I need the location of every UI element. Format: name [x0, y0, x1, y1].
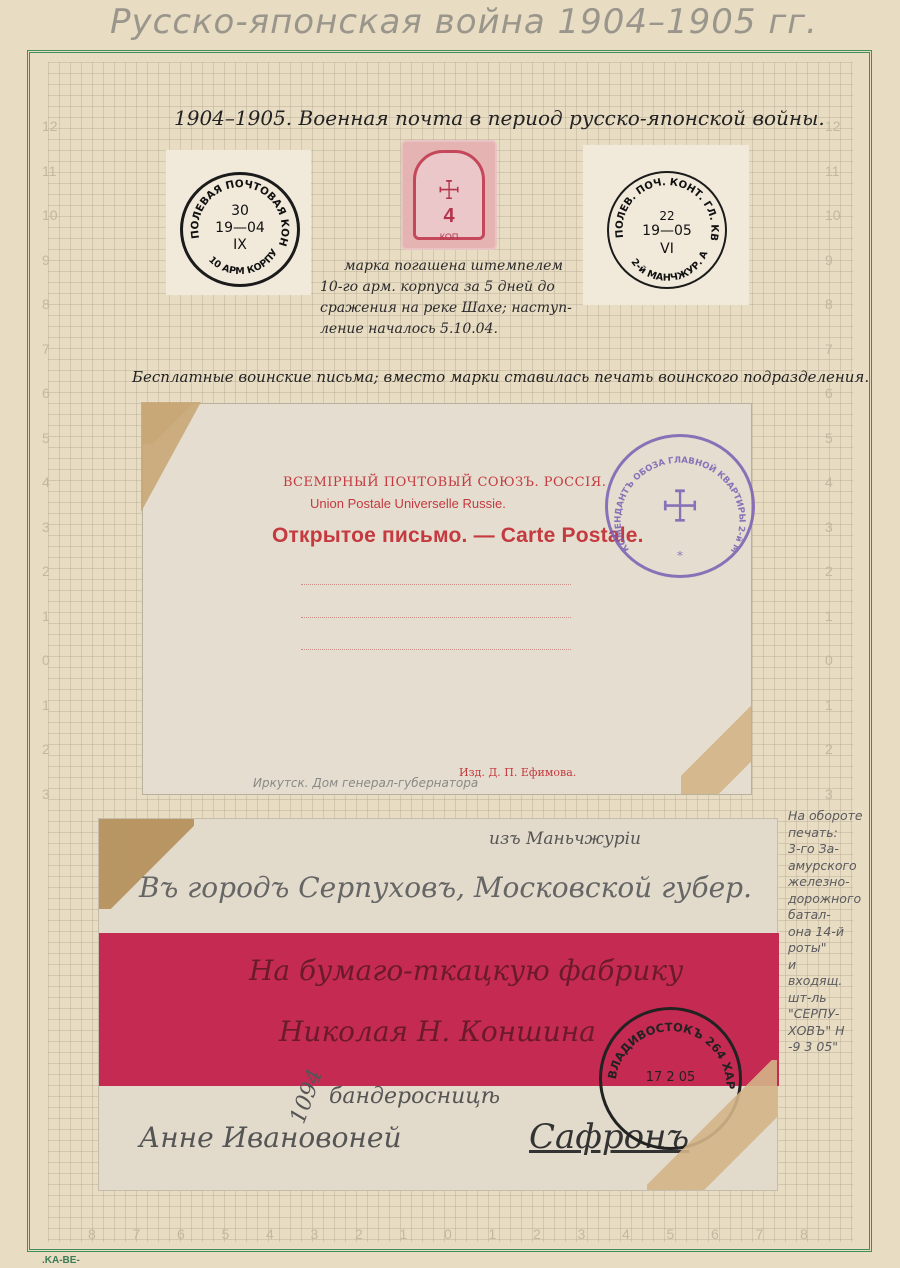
ruler-tick: 7 [42, 341, 50, 357]
ruler-tick: 10 [42, 207, 58, 223]
postmark-cutout-left[interactable]: ПОЛЕВАЯ ПОЧТОВАЯ КОНТОРА 10 АРМ КОРПУСА … [166, 150, 311, 295]
side-note-line: печать: [788, 825, 870, 842]
ruler-tick: 5 [825, 430, 833, 446]
ruler-tick: 1 [400, 1226, 408, 1242]
ruler-tick: 2 [355, 1226, 363, 1242]
ruler-tick: 8 [88, 1226, 96, 1242]
ruler-tick: 5 [667, 1226, 675, 1242]
ruler-tick: 4 [266, 1226, 274, 1242]
ruler-tick: 11 [42, 163, 57, 179]
postmark-year: 19—05 [609, 223, 725, 239]
military-cover-envelope[interactable]: изъ Маньчжуріи Въ городъ Серпуховъ, Моск… [98, 818, 778, 1191]
ruler-tick: 6 [42, 385, 50, 401]
ruler-tick: 2 [42, 563, 50, 579]
ruler-tick: 9 [42, 252, 50, 268]
side-note-line: На обороте [788, 808, 870, 825]
postmark-month: VI [609, 241, 725, 257]
ruler-tick: 7 [756, 1226, 764, 1242]
ruler-tick: 11 [825, 163, 840, 179]
side-note-line: и [788, 957, 870, 974]
side-note-line: дорожного [788, 891, 870, 908]
postmark-day: 22 [609, 209, 725, 223]
ruler-tick: 12 [42, 118, 58, 134]
address-line-4: бандеросницѣ [329, 1084, 500, 1109]
ruler-tick: 9 [825, 252, 833, 268]
ruler-tick: 12 [825, 118, 841, 134]
postcard-title: Открытое письмо. — Carte Postale. [272, 524, 644, 548]
ruler-tick: 4 [622, 1226, 630, 1242]
address-line-5: Анне Ивановоней [139, 1121, 401, 1154]
commandant-seal: КОМЕНДАНТЪ ОБОЗА ГЛАВНОЙ КВАРТИРЫ 2-й МА… [605, 434, 755, 578]
postage-stamp-4-kop[interactable]: ☩ 4 КОП [403, 142, 495, 248]
side-note-line: -9 3 05" [788, 1039, 870, 1056]
from-note: изъ Маньчжуріи [489, 829, 641, 849]
side-note-line: 3-го За- [788, 841, 870, 858]
ruler-tick: 4 [42, 474, 50, 490]
ruler-tick: 6 [711, 1226, 719, 1242]
photo-corner [681, 704, 751, 794]
address-line-2: На бумаго-ткацкую фабрику [249, 954, 683, 987]
postmark-year: 19—04 [183, 220, 297, 236]
ruler-tick: 8 [800, 1226, 808, 1242]
side-note-line: железно- [788, 874, 870, 891]
ruler-tick: 1 [825, 608, 833, 624]
side-note-line: амурского [788, 858, 870, 875]
field-post-postmark: ПОЛЕВАЯ ПОЧТОВАЯ КОНТОРА 10 АРМ КОРПУСА … [180, 172, 300, 287]
ruler-tick: 3 [311, 1226, 319, 1242]
postcard-header-ru: ВСЕМІРНЫЙ ПОЧТОВЫЙ СОЮЗЪ. РОССІЯ. [283, 475, 606, 490]
side-note-line: "СЕРПУ- [788, 1006, 870, 1023]
ruler-tick: 1 [42, 608, 50, 624]
ruler-tick: 2 [825, 741, 833, 757]
side-note-line: входящ. [788, 973, 870, 990]
ruler-tick: 8 [42, 296, 50, 312]
stamp-note-line: сражения на реке Шахе; наступ- [320, 298, 572, 319]
ruler-tick: 0 [444, 1226, 452, 1242]
ruler-tick: 3 [42, 786, 50, 802]
address-line-3: Николая Н. Коншина [279, 1015, 596, 1048]
side-annotation: На оборотепечать:3-го За-амурскогожелезн… [788, 808, 870, 1056]
stamp-note: марка погашена штемпелем 10-го арм. корп… [320, 256, 572, 340]
stamp-note-line: 10-го арм. корпуса за 5 дней до [320, 277, 572, 298]
double-headed-eagle-icon: ☩ [403, 176, 495, 206]
ruler-tick: 2 [825, 563, 833, 579]
address-line [301, 649, 571, 650]
address-line [301, 584, 571, 585]
svg-text:*: * [677, 549, 683, 563]
ruler-tick: 2 [533, 1226, 541, 1242]
ruler-tick: 3 [825, 786, 833, 802]
postmark-month: IX [183, 237, 297, 253]
address-line-1: Въ городъ Серпуховъ, Московской губер. [139, 871, 752, 904]
page-title: Русско-японская война 1904–1905 гг. [110, 2, 818, 42]
ruler-tick: 6 [177, 1226, 185, 1242]
ruler-tick: 5 [222, 1226, 230, 1242]
svg-text:☩: ☩ [660, 481, 700, 532]
ruler-tick: 6 [825, 385, 833, 401]
postcard-header-fr: Union Postale Universelle Russie. [310, 496, 506, 511]
ruler-tick: 8 [825, 296, 833, 312]
ruler-tick: 3 [42, 519, 50, 535]
stamp-note-line: ление началось 5.10.04. [320, 319, 572, 340]
ruler-tick: 0 [42, 652, 50, 668]
ruler-tick: 1 [825, 697, 833, 713]
section-note: Бесплатные воинские письма; вместо марки… [132, 368, 869, 386]
stamp-unit: КОП [403, 232, 495, 242]
photo-corner [143, 404, 203, 444]
ruler-tick: 10 [825, 207, 841, 223]
ruler-tick: 2 [42, 741, 50, 757]
address-line [301, 617, 571, 618]
postmark-day: 30 [183, 203, 297, 219]
ruler-tick: 1 [489, 1226, 497, 1242]
pencil-annotation: Иркутск. Дом генерал-губернатора [253, 776, 478, 790]
ruler-tick: 3 [825, 519, 833, 535]
army-hq-postmark: ПОЛЕВ. ПОЧ. КОНТ. ГЛ. КВАРТ. 2-й МАНЧЖУР… [607, 171, 727, 289]
ruler-tick: 0 [825, 652, 833, 668]
side-note-line: роты" [788, 940, 870, 957]
section-heading: 1904–1905. Военная почта в период русско… [174, 106, 825, 130]
postmark-cutout-right[interactable]: ПОЛЕВ. ПОЧ. КОНТ. ГЛ. КВАРТ. 2-й МАНЧЖУР… [583, 145, 749, 305]
stamp-note-line: марка погашена штемпелем [320, 256, 572, 277]
side-note-line: ХОВЪ" Н [788, 1023, 870, 1040]
ruler-tick: 1 [42, 697, 50, 713]
maker-mark: .KA-BE- [42, 1255, 80, 1266]
ruler-tick: 7 [825, 341, 833, 357]
photo-corner [647, 1060, 777, 1190]
ruler-tick: 5 [42, 430, 50, 446]
ruler-tick: 3 [578, 1226, 586, 1242]
side-note-line: батал- [788, 907, 870, 924]
stamp-value: 4 [403, 205, 495, 228]
side-note-line: шт-ль [788, 990, 870, 1007]
ruler-tick: 4 [825, 474, 833, 490]
ruler-tick: 7 [133, 1226, 141, 1242]
side-note-line: она 14-й [788, 924, 870, 941]
free-military-postcard[interactable]: ВСЕМІРНЫЙ ПОЧТОВЫЙ СОЮЗЪ. РОССІЯ. Union … [142, 403, 752, 795]
